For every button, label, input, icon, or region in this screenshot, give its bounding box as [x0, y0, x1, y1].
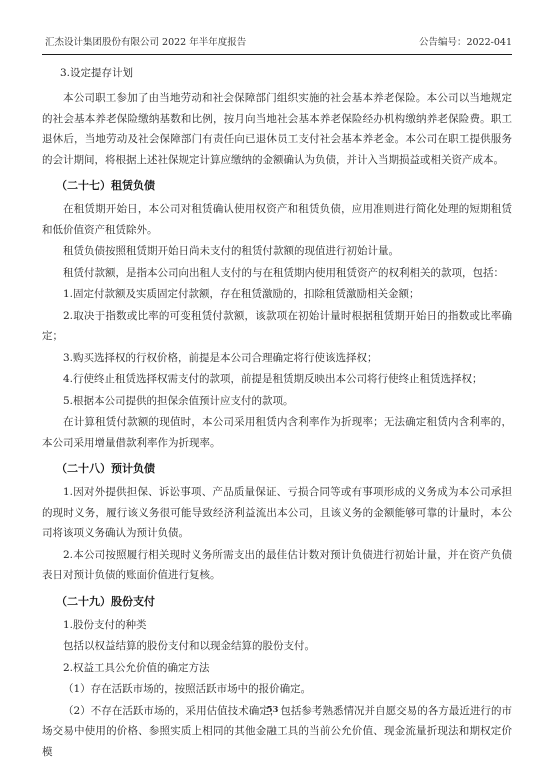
section-heading-estimated-liabilities: （二十八）预计负债 [42, 461, 512, 476]
paragraph: 租赁付款额，是指本公司向出租人支付的与在租赁期内使用租赁资产的权利相关的款项，包… [42, 263, 512, 284]
list-item: 3.购买选择权的行权价格，前提是本公司合理确定将行使该选择权； [42, 348, 512, 369]
section-heading-lease-liabilities: （二十七）租赁负债 [42, 178, 512, 193]
paragraph: 包括以权益结算的股份支付和以现金结算的股份支付。 [42, 636, 512, 657]
list-item: 1.固定付款额及实质固定付款额，存在租赁激励的，扣除租赁激励相关金额； [42, 284, 512, 305]
paragraph: 在计算租赁付款额的现值时，本公司采用租赁内含利率作为折现率；无法确定租赁内含利率… [42, 412, 512, 453]
page-header: 汇杰设计集团股份有限公司 2022 年半年度报告 公告编号：2022-041 [42, 36, 512, 55]
paragraph: 租赁负债按照租赁期开始日尚未支付的租赁付款额的现值进行初始计量。 [42, 241, 512, 262]
paragraph: 1.因对外提供担保、诉讼事项、产品质量保证、亏损合同等或有事项形成的义务成为本公… [42, 482, 512, 544]
section-heading-share-payment: （二十九）股份支付 [42, 594, 512, 609]
announcement-number: 公告编号：2022-041 [419, 36, 512, 49]
page-number: 53 [0, 705, 545, 715]
subheading-defined-contribution-plan: 3.设定提存计划 [42, 66, 512, 80]
list-item: （1）存在活跃市场的，按照活跃市场中的报价确定。 [42, 679, 512, 700]
report-title: 汇杰设计集团股份有限公司 2022 年半年度报告 [45, 36, 246, 49]
list-item: 2.权益工具公允价值的确定方法 [42, 658, 512, 679]
document-page: 汇杰设计集团股份有限公司 2022 年半年度报告 公告编号：2022-041 3… [0, 0, 545, 771]
document-body: 3.设定提存计划 本公司职工参加了由当地劳动和社会保障部门组织实施的社会基本养老… [42, 55, 512, 762]
paragraph: 2.本公司按照履行相关现时义务所需支出的最佳估计数对预计负债进行初始计量，并在资… [42, 545, 512, 586]
list-item: 2.取决于指数或比率的可变租赁付款额，该款项在初始计量时根据租赁期开始日的指数或… [42, 306, 512, 347]
list-item: 5.根据本公司提供的担保余值预计应支付的款项。 [42, 391, 512, 412]
list-item: 4.行使终止租赁选择权需支付的款项，前提是租赁期反映出本公司将行使终止租赁选择权… [42, 369, 512, 390]
paragraph: 在租赁期开始日，本公司对租赁确认使用权资产和租赁负债，应用准则进行简化处理的短期… [42, 199, 512, 240]
list-item: 1.股份支付的种类 [42, 615, 512, 636]
paragraph: 本公司职工参加了由当地劳动和社会保障部门组织实施的社会基本养老保险。本公司以当地… [42, 88, 512, 170]
